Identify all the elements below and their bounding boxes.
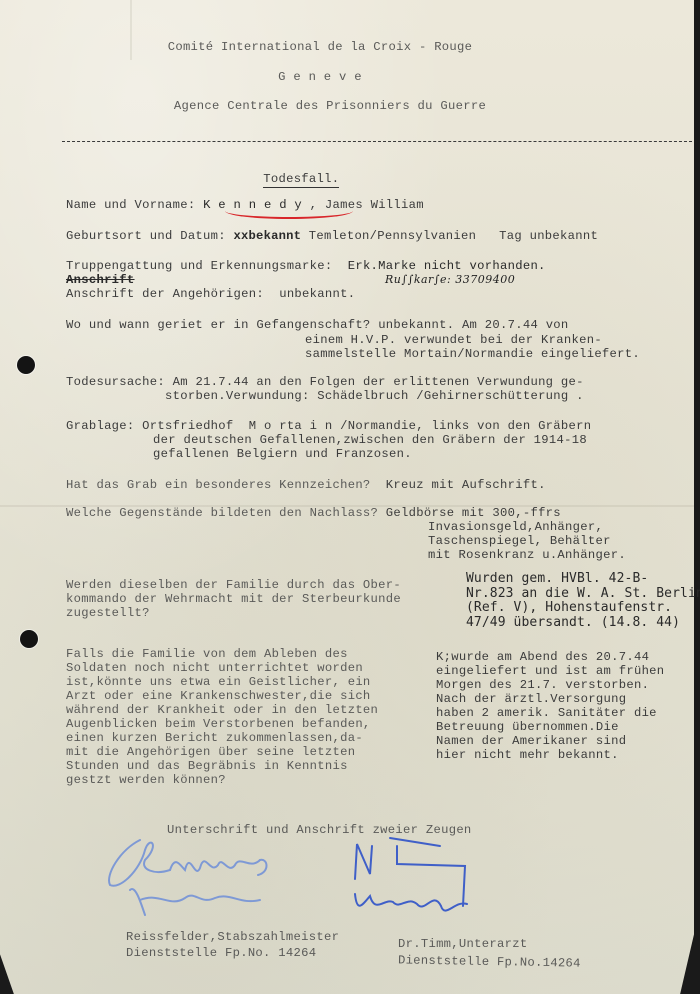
delivery-answer: Wurden gem. HVBl. 42-B- Nr.823 an die W.… [466,572,700,630]
notice-question-line: Arzt oder eine Krankenschwester,die sich [66,689,378,703]
birth-date: Tag unbekannt [499,229,598,243]
document-title-text: Todesfall. [263,172,339,188]
cause-row: Todesursache: Am 21.7.44 an den Folgen d… [66,375,584,389]
punch-hole [20,630,38,648]
struck-line: Anschrift [66,273,135,287]
org-name: Comité International de la Croix - Rouge [0,40,640,54]
grave-value-line: gefallenen Belgiern und Franzosen. [153,447,412,461]
delivery-answer-line: Wurden gem. HVBl. 42-B- [466,572,700,587]
notice-question-line: Stunden und das Begräbnis in Kenntnis [66,759,378,773]
notice-question-line: mit die Angehörigen über seine letzten [66,745,378,759]
struck-text: xxbekannt [234,229,302,243]
notice-question-line: gestzt werden können? [66,773,378,787]
name-row: Name und Vorname: K e n n e d y , James … [66,198,424,212]
capture-row: Wo und wann geriet er in Gefangenschaft?… [66,318,569,332]
capture-label: Wo und wann geriet er in Gefangenschaft? [66,318,371,332]
notice-question-line: Augenblicken beim Verstorbenen befanden, [66,717,378,731]
delivery-question-line: kommando der Wehrmacht mit der Sterbeurk… [66,592,401,606]
notice-answer-line: eingeliefert und ist am frühen [436,664,664,678]
witness-left-unit: Dienststelle Fp.No. 14264 [126,946,316,960]
document-title: Todesfall. [248,158,339,186]
signature-timm [345,834,485,924]
capture-value-line: sammelstelle Mortain/Normandie eingelief… [305,347,640,361]
unit-label: Truppengattung und Erkennungsmarke: [66,259,332,273]
grave-mark-label: Hat das Grab ein besonderes Kennzeichen? [66,478,371,492]
grave-value-line: der deutschen Gefallenen,zwischen den Gr… [153,433,587,447]
handwritten-serial-number: Ru∫∫kar∫e: 33709400 [385,273,515,286]
grave-label: Grablage: [66,419,135,433]
agency-name: Agence Centrale des Prisonniers du Guerr… [10,99,650,113]
relatives-label: Anschrift der Angehörigen: [66,287,264,301]
punch-hole [17,356,35,374]
witness-left-name: Reissfelder,Stabszahlmeister [126,930,339,944]
delivery-answer-line: 47/49 übersandt. (14.8. 44) [466,616,700,631]
notice-answer-line: Namen der Amerikaner sind [436,734,664,748]
org-city: G e n e v e [0,70,640,84]
estate-value-line: Taschenspiegel, Behälter [428,534,611,548]
signature-reissfelder [100,830,300,920]
grave-mark-row: Hat das Grab ein besonderes Kennzeichen?… [66,478,546,492]
notice-answer-line: Betreuung übernommen.Die [436,720,664,734]
notice-answer-line: haben 2 amerik. Sanitäter die [436,706,664,720]
notice-question-line: ist,könnte uns etwa ein Geistlicher, ein [66,675,378,689]
cause-value-line: storben.Verwundung: Schädelbruch /Gehirn… [165,389,584,403]
given-names: , James William [310,198,424,212]
cause-label: Todesursache: [66,375,165,389]
estate-row: Welche Gegenstände bildeten den Nachlass… [66,506,561,520]
notice-answer-line: K;wurde am Abend des 20.7.44 [436,650,664,664]
capture-value-line: unbekannt. Am 20.7.44 von [378,318,568,332]
unit-row: Truppengattung und Erkennungsmarke: Erk.… [66,259,546,273]
notice-answer-line: Nach der ärztl.Versorgung [436,692,664,706]
estate-value-line: mit Rosenkranz u.Anhänger. [428,548,626,562]
notice-answer-line: hier nicht mehr bekannt. [436,748,664,762]
birth-row: Geburtsort und Datum: xxbekannt Temleton… [66,229,598,243]
notice-question-line: Falls die Familie von dem Ableben des [66,647,378,661]
notice-answer-line: Morgen des 21.7. verstorben. [436,678,664,692]
delivery-question-line: Werden dieselben der Familie durch das O… [66,578,401,592]
notice-question-line: einen kurzen Bericht zukommenlassen,da- [66,731,378,745]
witness-right-name: Dr.Timm,Unterarzt [398,937,527,951]
name-label: Name und Vorname: [66,198,195,212]
separator-rule [62,141,692,142]
birth-label: Geburtsort und Datum: [66,229,226,243]
relatives-row: Anschrift der Angehörigen: unbekannt. [66,287,355,301]
birth-place: Temleton/Pennsylvanien [309,229,477,243]
notice-answer: K;wurde am Abend des 20.7.44 eingeliefer… [436,650,664,762]
grave-row: Grablage: Ortsfriedhof M o rta i n /Norm… [66,419,591,433]
notice-question-line: Soldaten noch nicht unterrichtet worden [66,661,378,675]
grave-mark-value: Kreuz mit Aufschrift. [386,478,546,492]
notice-question: Falls die Familie von dem Ableben des So… [66,647,378,787]
unit-value: Erk.Marke nicht vorhanden. [348,259,546,273]
surname: K e n n e d y [203,198,302,212]
relatives-value: unbekannt. [279,287,355,301]
estate-value-line: Geldbörse mit 300,-ffrs [386,506,561,520]
delivery-answer-line: Nr.823 an die W. A. St. Berlin [466,587,700,602]
cause-value-line: Am 21.7.44 an den Folgen der erlittenen … [173,375,584,389]
capture-value-line: einem H.V.P. verwundet bei der Kranken- [305,333,602,347]
delivery-answer-line: (Ref. V), Hohenstaufenstr. [466,601,700,616]
delivery-question-line: zugestellt? [66,606,150,620]
estate-label: Welche Gegenstände bildeten den Nachlass… [66,506,378,520]
estate-value-line: Invasionsgeld,Anhänger, [428,520,603,534]
grave-value-line: Ortsfriedhof M o rta i n /Normandie, lin… [142,419,591,433]
notice-question-line: während der Krankheit oder in den letzte… [66,703,378,717]
